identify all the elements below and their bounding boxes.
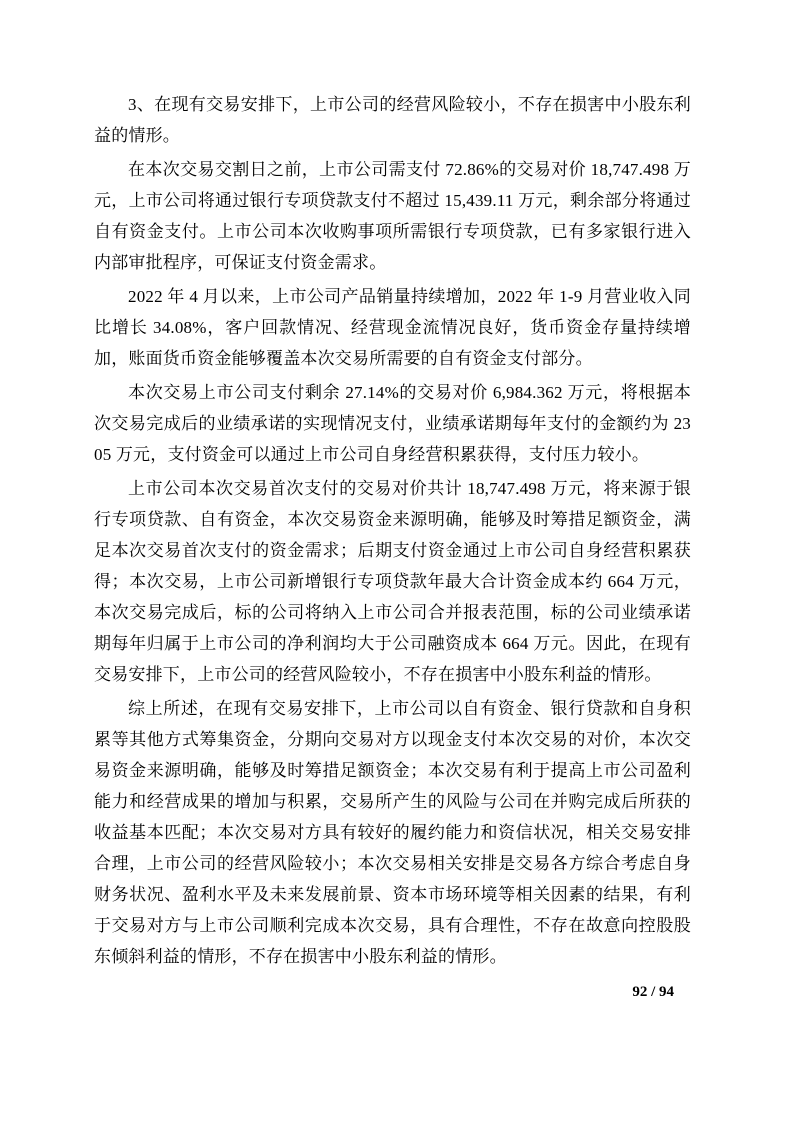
page-number: 92 / 94 <box>632 982 674 1002</box>
paragraph-remaining-payment: 本次交易上市公司支付剩余 27.14%的交易对价 6,984.362 万元，将根… <box>94 377 691 470</box>
document-body: 3、在现有交易安排下，上市公司的经营风险较小，不存在损害中小股东利益的情形。 在… <box>94 89 691 975</box>
paragraph-funding-sources: 上市公司本次交易首次支付的交易对价共计 18,747.498 万元，将来源于银行… <box>94 473 691 690</box>
paragraph-revenue-growth: 2022 年 4 月以来，上市公司产品销量持续增加，2022 年 1-9 月营业… <box>94 281 691 374</box>
document-page: 3、在现有交易安排下，上市公司的经营风险较小，不存在损害中小股东利益的情形。 在… <box>0 0 793 1122</box>
paragraph-first-payment: 在本次交易交割日之前，上市公司需支付 72.86%的交易对价 18,747.49… <box>94 154 691 278</box>
paragraph-summary: 综上所述，在现有交易安排下，上市公司以自有资金、银行贷款和自身积累等其他方式筹集… <box>94 693 691 972</box>
paragraph-conclusion-heading: 3、在现有交易安排下，上市公司的经营风险较小，不存在损害中小股东利益的情形。 <box>94 89 691 151</box>
